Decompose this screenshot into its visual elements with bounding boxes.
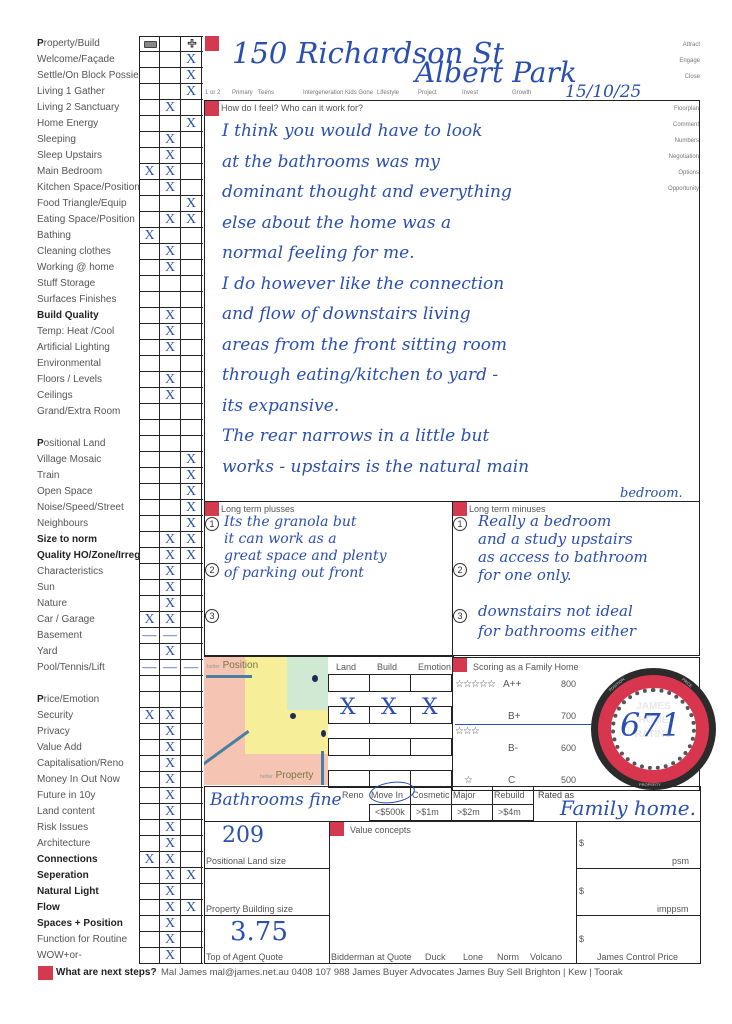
checkbox-neutral[interactable]: X <box>160 772 181 787</box>
checkbox-plus[interactable]: X <box>181 452 202 467</box>
checkbox-minus[interactable] <box>139 532 160 547</box>
checklist-label: Grand/Extra Room <box>37 404 120 420</box>
checkbox-minus[interactable] <box>139 404 160 419</box>
checkbox-plus[interactable] <box>181 692 202 707</box>
checkbox-plus[interactable] <box>181 292 202 307</box>
checklist-row <box>139 276 203 292</box>
checkbox-neutral[interactable]: X <box>160 548 181 563</box>
checkbox-plus[interactable] <box>181 676 202 691</box>
checkbox-plus[interactable] <box>181 756 202 771</box>
checkbox-plus[interactable]: X <box>181 468 202 483</box>
checkbox-plus[interactable] <box>181 804 202 819</box>
checkbox-minus[interactable] <box>139 196 160 211</box>
checkbox-neutral[interactable]: X <box>160 212 181 227</box>
checklist-grid: XXXXXXXXXXXXXXXXXXXXXXXXXXXXXXXXXXX——X——… <box>139 36 203 964</box>
checkbox-neutral[interactable]: X <box>160 740 181 755</box>
checkbox-neutral[interactable] <box>160 692 181 707</box>
grade-label: B+ <box>508 711 521 722</box>
checkbox-minus[interactable] <box>139 644 160 659</box>
item-number: 3 <box>453 609 467 623</box>
checkbox-neutral[interactable] <box>160 292 181 307</box>
checkbox-minus[interactable] <box>139 308 160 323</box>
checkbox-plus[interactable] <box>181 308 202 323</box>
checkbox-minus[interactable]: X <box>139 164 160 179</box>
checklist-label: Living 1 Gather <box>37 84 105 100</box>
label-initial: P <box>37 438 44 449</box>
checkbox-plus[interactable]: X <box>181 532 202 547</box>
checklist-label: Build Quality <box>37 308 99 324</box>
checkbox-plus[interactable] <box>181 836 202 851</box>
feel-note-line: through eating/kitchen to yard - <box>222 362 498 388</box>
checkbox-plus[interactable]: X <box>181 84 202 99</box>
checkbox-neutral[interactable]: X <box>160 180 181 195</box>
checkbox-plus[interactable] <box>181 324 202 339</box>
feel-note-line: and flow of downstairs living <box>222 301 471 327</box>
checkbox-minus[interactable] <box>139 68 160 83</box>
label-initial: P <box>37 38 44 49</box>
lbe-cell[interactable] <box>328 738 370 756</box>
stage-label: Attract <box>683 42 700 48</box>
checkbox-plus[interactable]: X <box>181 68 202 83</box>
checkbox-minus[interactable] <box>139 388 160 403</box>
value-concepts-title: Value concepts <box>350 825 411 835</box>
checklist-row: X <box>139 564 203 580</box>
agent-quote-value: 3.75 <box>230 917 288 947</box>
checklist-row <box>139 692 203 708</box>
checkbox-minus[interactable] <box>139 820 160 835</box>
checkbox-plus[interactable] <box>181 340 202 355</box>
checklist-label: Working @ home <box>37 260 114 276</box>
minus-note-line: downstairs not ideal <box>478 602 633 620</box>
checkbox-minus[interactable] <box>139 260 160 275</box>
checklist-label: Privacy <box>37 724 70 740</box>
quadrant-bottom-label: Property <box>276 770 314 781</box>
checkbox-minus[interactable] <box>139 324 160 339</box>
bidder-type[interactable]: Volcano <box>530 952 562 962</box>
checkbox-neutral[interactable]: — <box>160 660 181 675</box>
checkbox-minus[interactable] <box>139 452 160 467</box>
checkbox-neutral[interactable] <box>160 436 181 451</box>
checklist-row: ——— <box>139 660 203 676</box>
checklist-row: X <box>139 308 203 324</box>
checklist-label: Positional Land <box>37 436 105 452</box>
minuses-marker <box>453 502 467 516</box>
checkbox-neutral[interactable] <box>160 84 181 99</box>
checkbox-plus[interactable]: X <box>181 196 202 211</box>
checkbox-minus[interactable] <box>139 132 160 147</box>
divider <box>451 786 452 804</box>
checkbox-neutral[interactable]: X <box>160 388 181 403</box>
checkbox-plus[interactable] <box>181 788 202 803</box>
checklist-row <box>139 292 203 308</box>
checkbox-plus[interactable] <box>181 356 202 371</box>
checkbox-neutral[interactable] <box>160 484 181 499</box>
segment-label: Teens <box>258 90 274 96</box>
checkbox-plus[interactable] <box>181 884 202 899</box>
checkbox-neutral[interactable]: X <box>160 100 181 115</box>
lbe-mark: X <box>422 695 438 720</box>
checkbox-neutral[interactable]: X <box>160 756 181 771</box>
psm-label: psm <box>672 856 689 866</box>
checkbox-minus[interactable]: X <box>139 852 160 867</box>
checklist-label: Environmental <box>37 356 101 372</box>
building-size-label: Property Building size <box>206 904 293 914</box>
price-band: >$4m <box>498 807 521 817</box>
checkbox-neutral[interactable]: X <box>160 884 181 899</box>
checkbox-neutral[interactable]: X <box>160 372 181 387</box>
checklist-label: Artificial Lighting <box>37 340 110 356</box>
bidder-type[interactable]: Norm <box>497 952 519 962</box>
checkbox-minus[interactable] <box>139 580 160 595</box>
minus-note-line: as access to bathroom <box>478 548 648 566</box>
checkbox-neutral[interactable] <box>160 276 181 291</box>
quadrant-top-label: Position <box>223 660 259 671</box>
plusses-title: Long term plusses <box>221 504 295 514</box>
checklist-label: Characteristics <box>37 564 103 580</box>
checklist-row: XX <box>139 900 203 916</box>
checkbox-plus[interactable] <box>181 596 202 611</box>
checklist-row: XX <box>139 852 203 868</box>
checkbox-minus[interactable] <box>139 52 160 67</box>
checklist-row: X <box>139 148 203 164</box>
bidder-type[interactable]: Lone <box>463 952 483 962</box>
checkbox-minus[interactable] <box>139 148 160 163</box>
minus-icon <box>144 41 157 48</box>
checkbox-minus[interactable] <box>139 916 160 931</box>
checkbox-neutral[interactable] <box>160 468 181 483</box>
checkbox-neutral[interactable]: — <box>160 628 181 643</box>
checkbox-plus[interactable] <box>181 388 202 403</box>
checkbox-plus[interactable] <box>181 740 202 755</box>
checkbox-plus[interactable]: X <box>181 900 202 915</box>
value-concepts-marker <box>330 822 344 836</box>
checkbox-neutral[interactable] <box>160 228 181 243</box>
checkbox-plus[interactable] <box>181 228 202 243</box>
checklist-row: X <box>139 468 203 484</box>
checklist-label: Connections <box>37 852 98 868</box>
checkbox-minus[interactable] <box>139 356 160 371</box>
checkbox-neutral[interactable]: X <box>160 260 181 275</box>
checkbox-neutral[interactable] <box>160 452 181 467</box>
checkbox-plus[interactable] <box>181 244 202 259</box>
checkbox-plus[interactable] <box>181 164 202 179</box>
checkbox-plus[interactable]: X <box>181 500 202 515</box>
checkbox-minus[interactable] <box>139 548 160 563</box>
plus-icon: + <box>185 38 199 50</box>
checkbox-neutral[interactable]: X <box>160 852 181 867</box>
checklist-row: X <box>139 132 203 148</box>
checkbox-minus[interactable] <box>139 372 160 387</box>
checkbox-minus[interactable] <box>139 100 160 115</box>
checkbox-plus[interactable] <box>181 372 202 387</box>
checkbox-neutral[interactable]: X <box>160 948 181 963</box>
checklist-label: Settle/On Block Possie <box>37 68 139 84</box>
feel-title: How do I feel? Who can it work for? <box>221 103 363 113</box>
checkbox-plus[interactable]: X <box>181 548 202 563</box>
feel-side-label: Negotiation <box>669 154 699 160</box>
checkbox-plus[interactable]: X <box>181 484 202 499</box>
checklist-row: X <box>139 516 203 532</box>
land-size-label: Positional Land size <box>206 856 286 866</box>
quadrant-green <box>287 657 328 710</box>
checklist-row: XX <box>139 612 203 628</box>
lbe-cell[interactable] <box>328 674 370 692</box>
checklist-label: Price/Emotion <box>37 692 99 708</box>
checkbox-neutral[interactable]: X <box>160 820 181 835</box>
checkbox-plus[interactable]: X <box>181 868 202 883</box>
checkbox-plus[interactable] <box>181 580 202 595</box>
plusses-marker <box>205 502 219 516</box>
lbe-cell[interactable] <box>410 674 452 692</box>
checkbox-plus[interactable] <box>181 100 202 115</box>
checkbox-neutral[interactable] <box>160 356 181 371</box>
checkbox-neutral[interactable]: X <box>160 916 181 931</box>
checklist-label: Capitalisation/Reno <box>37 756 124 772</box>
checkbox-plus[interactable]: X <box>181 212 202 227</box>
checkbox-minus[interactable] <box>139 420 160 435</box>
checkbox-minus[interactable] <box>139 436 160 451</box>
checkbox-neutral[interactable] <box>160 420 181 435</box>
grade-score: 500 <box>561 775 576 785</box>
checkbox-plus[interactable] <box>181 852 202 867</box>
checkbox-neutral[interactable] <box>160 116 181 131</box>
reno-option[interactable]: Cosmetic <box>412 790 450 800</box>
checkbox-neutral[interactable] <box>160 404 181 419</box>
checkbox-plus[interactable] <box>181 948 202 963</box>
checkbox-neutral[interactable]: X <box>160 148 181 163</box>
checklist-label: Flow <box>37 900 60 916</box>
checkbox-neutral[interactable]: X <box>160 164 181 179</box>
checkbox-minus[interactable] <box>139 932 160 947</box>
checkbox-minus[interactable]: X <box>139 708 160 723</box>
stage-label: Engage <box>679 58 700 64</box>
checkbox-minus[interactable] <box>139 740 160 755</box>
checklist-row: X <box>139 452 203 468</box>
checkbox-neutral[interactable]: X <box>160 868 181 883</box>
checklist-label: Bathing <box>37 228 71 244</box>
checklist-row: X <box>139 820 203 836</box>
checkbox-neutral[interactable] <box>160 516 181 531</box>
checkbox-minus[interactable] <box>139 900 160 915</box>
checkbox-neutral[interactable] <box>160 676 181 691</box>
checkbox-minus[interactable] <box>139 212 160 227</box>
feel-side-label: Comment <box>673 122 699 128</box>
checkbox-neutral[interactable] <box>160 196 181 211</box>
checkbox-minus[interactable] <box>139 500 160 515</box>
lbe-cell[interactable] <box>369 738 411 756</box>
checkbox-neutral[interactable]: X <box>160 340 181 355</box>
label-rest: roperty/Build <box>44 38 100 49</box>
checkbox-neutral[interactable]: X <box>160 900 181 915</box>
checkbox-minus[interactable] <box>139 692 160 707</box>
lbe-cell[interactable] <box>410 738 452 756</box>
checklist-row: XX <box>139 532 203 548</box>
checkbox-neutral[interactable] <box>160 52 181 67</box>
checkbox-minus[interactable] <box>139 340 160 355</box>
checklist-label: Sleep Upstairs <box>37 148 102 164</box>
checkbox-neutral[interactable]: X <box>160 532 181 547</box>
checklist-label: Natural Light <box>37 884 99 900</box>
checkbox-minus[interactable]: X <box>139 612 160 627</box>
checkbox-minus[interactable] <box>139 244 160 259</box>
item-number: 1 <box>205 517 219 531</box>
checkbox-plus[interactable] <box>181 180 202 195</box>
scoring-marker <box>453 658 467 672</box>
checklist-row: X <box>139 84 203 100</box>
checkbox-plus[interactable] <box>181 148 202 163</box>
checkbox-minus[interactable] <box>139 804 160 819</box>
checkbox-plus[interactable] <box>181 420 202 435</box>
checkbox-plus[interactable] <box>181 132 202 147</box>
checkbox-neutral[interactable]: X <box>160 564 181 579</box>
checkbox-plus[interactable] <box>181 260 202 275</box>
checklist-row: X <box>139 804 203 820</box>
checkbox-minus[interactable] <box>139 564 160 579</box>
reno-option[interactable]: Major <box>453 790 476 800</box>
segment-label: Primary <box>232 90 253 96</box>
checkbox-plus[interactable]: X <box>181 52 202 67</box>
checklist-label: Risk Issues <box>37 820 88 836</box>
checkbox-neutral[interactable]: X <box>160 836 181 851</box>
checkbox-neutral[interactable]: X <box>160 788 181 803</box>
date: 15/10/25 <box>565 82 641 102</box>
checklist-label: Money In Out Now <box>37 772 120 788</box>
checkbox-plus[interactable] <box>181 820 202 835</box>
checklist-row: X <box>139 788 203 804</box>
checklist-row: X <box>139 372 203 388</box>
checkbox-neutral[interactable]: X <box>160 708 181 723</box>
feel-note-line: I do however like the connection <box>222 271 504 297</box>
checklist-label: Security <box>37 708 73 724</box>
checkbox-minus[interactable] <box>139 116 160 131</box>
checkbox-neutral[interactable]: X <box>160 612 181 627</box>
checkbox-minus[interactable] <box>139 756 160 771</box>
feel-note-line: dominant thought and everything <box>222 179 512 205</box>
checkbox-plus[interactable] <box>181 628 202 643</box>
checkbox-plus[interactable] <box>181 644 202 659</box>
checkbox-minus[interactable] <box>139 484 160 499</box>
checkbox-plus[interactable] <box>181 916 202 931</box>
grade-score: 700 <box>561 711 576 721</box>
checkbox-plus[interactable]: X <box>181 116 202 131</box>
checklist-row <box>139 676 203 692</box>
bidder-type[interactable]: Duck <box>425 952 446 962</box>
feel-side-label: Numbers <box>675 138 699 144</box>
checkbox-plus[interactable] <box>181 404 202 419</box>
checkbox-neutral[interactable] <box>160 68 181 83</box>
checkbox-plus[interactable] <box>181 612 202 627</box>
checkbox-neutral[interactable]: X <box>160 596 181 611</box>
checkbox-minus[interactable]: — <box>139 628 160 643</box>
quadrant-bottom-prefix: better <box>260 774 273 780</box>
checkbox-plus[interactable] <box>181 436 202 451</box>
item-number: 1 <box>453 517 467 531</box>
grade-stars: ☆☆☆☆☆ <box>455 679 495 690</box>
checkbox-minus[interactable] <box>139 772 160 787</box>
reno-option[interactable]: Rebuild <box>494 790 525 800</box>
psm-currency: $ <box>579 838 584 848</box>
checkbox-minus[interactable] <box>139 724 160 739</box>
checklist-label: Yard <box>37 644 57 660</box>
segment-label: Lifestyle <box>377 90 399 96</box>
checkbox-plus[interactable] <box>181 708 202 723</box>
checkbox-minus[interactable] <box>139 180 160 195</box>
checklist-label: Ceilings <box>37 388 73 404</box>
plus-note-line: it can work as a <box>224 531 337 547</box>
checklist-label: Pool/Tennis/Lift <box>37 660 105 676</box>
checkbox-neutral[interactable]: X <box>160 724 181 739</box>
checkbox-neutral[interactable] <box>160 37 181 51</box>
checkbox-minus[interactable] <box>139 868 160 883</box>
checkbox-neutral[interactable]: X <box>160 308 181 323</box>
checkbox-neutral[interactable]: X <box>160 324 181 339</box>
checkbox-plus[interactable] <box>181 724 202 739</box>
checkbox-minus[interactable] <box>139 292 160 307</box>
checklist-row: X <box>139 100 203 116</box>
checklist-label: Land content <box>37 804 95 820</box>
checklist-label: Main Bedroom <box>37 164 102 180</box>
checkbox-neutral[interactable] <box>160 500 181 515</box>
stage-label: Close <box>685 74 700 80</box>
checkbox-minus[interactable] <box>139 276 160 291</box>
checkbox-plus[interactable] <box>181 564 202 579</box>
checklist-label: Kitchen Space/Position <box>37 180 140 196</box>
checkbox-neutral[interactable]: X <box>160 580 181 595</box>
checkbox-neutral[interactable]: X <box>160 932 181 947</box>
checklist-label: Car / Garage <box>37 612 95 628</box>
grade-stars: ☆ <box>464 775 472 786</box>
checkbox-plus[interactable]: X <box>181 516 202 531</box>
checklist-label: Nature <box>37 596 67 612</box>
checkbox-neutral[interactable]: X <box>160 644 181 659</box>
position-property-quadrant: better Position better Property <box>204 657 328 785</box>
checkbox-minus[interactable] <box>139 948 160 963</box>
checkbox-minus[interactable]: X <box>139 228 160 243</box>
page-indicator: 1 or 2 <box>205 90 220 96</box>
bidder-label: Bidderman at Quote <box>331 952 412 962</box>
checkbox-minus[interactable] <box>139 676 160 691</box>
checkbox-minus[interactable] <box>139 596 160 611</box>
checkbox-minus[interactable] <box>139 836 160 851</box>
land-size-value: 209 <box>222 823 264 848</box>
lbe-mark: X <box>340 695 356 720</box>
divider <box>204 656 454 657</box>
arrow-up-icon <box>321 751 324 785</box>
checkbox-plus[interactable]: — <box>181 660 202 675</box>
checkbox-neutral[interactable]: X <box>160 132 181 147</box>
checkbox-plus[interactable] <box>181 772 202 787</box>
checkbox-minus[interactable] <box>139 788 160 803</box>
checkbox-plus[interactable] <box>181 932 202 947</box>
checklist-row: X <box>139 228 203 244</box>
checkbox-minus[interactable] <box>139 84 160 99</box>
checkbox-minus[interactable] <box>139 516 160 531</box>
home-rating-gauge: JAMESHOMERATING 671 POSITION PRICE PROPE… <box>591 668 716 790</box>
lbe-cell[interactable] <box>369 674 411 692</box>
reno-option[interactable]: Reno <box>342 790 364 800</box>
checkbox-minus[interactable] <box>139 884 160 899</box>
checkbox-neutral[interactable]: X <box>160 804 181 819</box>
checklist-label: Floors / Levels <box>37 372 102 388</box>
imppsm-currency: $ <box>579 886 584 896</box>
lbe-mark: X <box>381 695 397 720</box>
checkbox-minus[interactable]: — <box>139 660 160 675</box>
checkbox-minus[interactable] <box>139 468 160 483</box>
checkbox-neutral[interactable]: X <box>160 244 181 259</box>
lbe-header: Emotion <box>418 662 451 672</box>
checkbox-plus[interactable] <box>181 276 202 291</box>
feel-note-line: its expansive. <box>222 393 339 419</box>
